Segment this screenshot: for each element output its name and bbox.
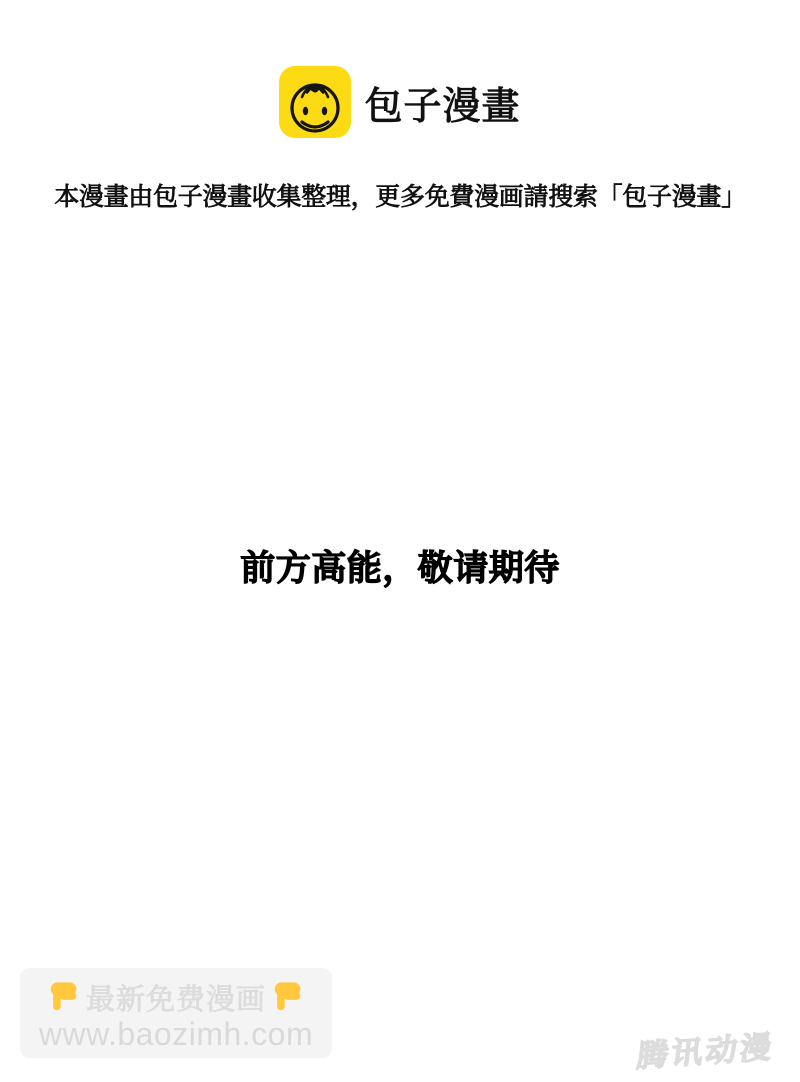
baozi-logo-text: 包子漫畫: [364, 75, 520, 130]
comic-filler-page: 包子漫畫 本漫畫由包子漫畫收集整理，更多免費漫画請搜索「包子漫畫」 前方高能，敬…: [0, 0, 800, 1082]
baozi-logo-icon: [279, 66, 351, 138]
pointing-down-icon: [47, 980, 81, 1014]
watermark-url: www.baozimh.com: [20, 1016, 332, 1053]
tencent-comics-logo: 腾讯动漫: [635, 1021, 777, 1075]
disclaimer-text: 本漫畫由包子漫畫收集整理，更多免費漫画請搜索「包子漫畫」: [0, 177, 800, 213]
pointing-down-icon: [271, 980, 305, 1014]
notice-text: 前方高能，敬请期待: [0, 541, 800, 591]
watermark-promo-text: 最新免费漫画: [86, 977, 266, 1018]
watermark-promo-row: 最新免费漫画: [20, 979, 332, 1015]
baozi-brand: 包子漫畫: [0, 66, 800, 138]
watermark-card: 最新免费漫画 www.baozimh.com: [20, 968, 332, 1058]
